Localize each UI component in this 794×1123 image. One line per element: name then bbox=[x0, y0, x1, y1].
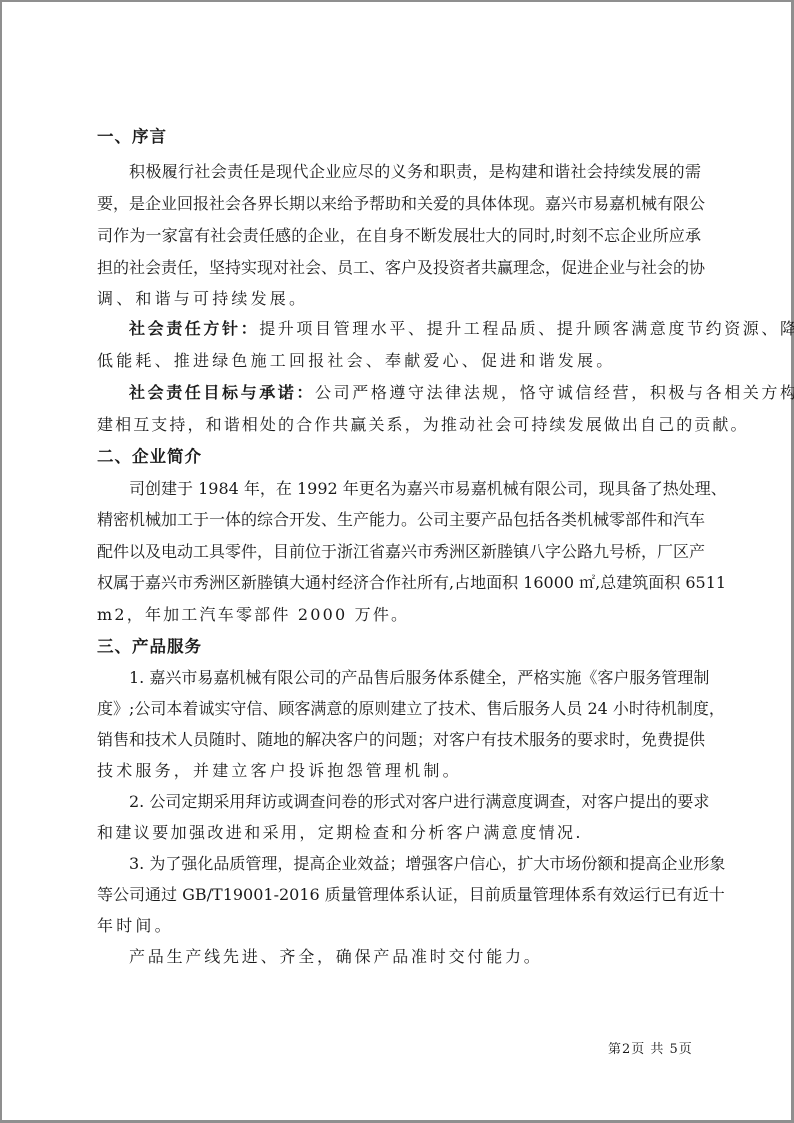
paragraph-line: 3. 为了强化品质管理，提高企业效益；增强客户信心，扩大市场份额和提高企业形象 bbox=[129, 849, 701, 879]
policy-lead: 社会责任方针： bbox=[129, 319, 259, 338]
page-number: 第2页 共 5页 bbox=[608, 1038, 693, 1057]
section-heading-preface: 一、序言 bbox=[97, 122, 701, 152]
paragraph-line: 等公司通过 GB/T19001-2016 质量管理体系认证，目前质量管理体系有效… bbox=[97, 880, 701, 910]
paragraph-line: 年时间。 bbox=[97, 911, 701, 941]
paragraph-line: 销售和技术人员随时、随地的解决客户的问题；对客户有技术服务的要求时，免费提供 bbox=[97, 725, 701, 755]
paragraph-line: 2. 公司定期采用拜访或调查问卷的形式对客户进行满意度调查，对客户提出的要求 bbox=[129, 787, 701, 817]
goal-lead: 社会责任目标与承诺： bbox=[129, 383, 315, 402]
paragraph-line: 配件以及电动工具零件，目前位于浙江省嘉兴市秀洲区新塍镇八字公路九号桥，厂区产 bbox=[97, 537, 701, 567]
policy-text: 提升项目管理水平、提升工程品质、提升顾客满意度节约资源、降 bbox=[259, 319, 794, 338]
paragraph-line: 1. 嘉兴市易嘉机械有限公司的产品售后服务体系健全，严格实施《客户服务管理制 bbox=[129, 663, 701, 693]
document-page: 一、序言 积极履行社会责任是现代企业应尽的义务和职责，是构建和谐社会持续发展的需… bbox=[0, 0, 794, 1123]
section-heading-service: 三、产品服务 bbox=[97, 632, 701, 662]
goal-text: 公司严格遵守法律法规，恪守诚信经营，积极与各相关方构 bbox=[315, 383, 794, 402]
paragraph-line: 和建议要加强改进和采用，定期检查和分析客户满意度情况. bbox=[97, 818, 701, 848]
paragraph-line: 度》;公司本着诚实守信、顾客满意的原则建立了技术、售后服务人员 24 小时待机制… bbox=[97, 694, 701, 724]
paragraph-line: 精密机械加工于一体的综合开发、生产能力。公司主要产品包括各类机械零部件和汽车 bbox=[97, 505, 701, 535]
paragraph-line: 要，是企业回报社会各界长期以来给予帮助和关爱的具体体现。嘉兴市易嘉机械有限公 bbox=[97, 189, 701, 219]
paragraph-line: 建相互支持，和谐相处的合作共赢关系，为推动社会可持续发展做出自己的贡献。 bbox=[97, 410, 701, 440]
paragraph-line: 担的社会责任，坚持实现对社会、员工、客户及投资者共赢理念，促进企业与社会的协 bbox=[97, 253, 701, 283]
paragraph-line: 权属于嘉兴市秀洲区新塍镇大通村经济合作社所有,占地面积 16000 ㎡,总建筑面… bbox=[97, 568, 701, 598]
paragraph-line: 司作为一家富有社会责任感的企业，在自身不断发展壮大的同时,时刻不忘企业所应承 bbox=[97, 221, 701, 251]
goal-line: 社会责任目标与承诺：公司严格遵守法律法规，恪守诚信经营，积极与各相关方构 bbox=[129, 378, 701, 408]
paragraph-line: 调、和谐与可持续发展。 bbox=[97, 284, 701, 314]
policy-line: 社会责任方针：提升项目管理水平、提升工程品质、提升顾客满意度节约资源、降 bbox=[129, 314, 701, 344]
closing-line: 产品生产线先进、齐全，确保产品准时交付能力。 bbox=[129, 942, 701, 972]
paragraph-line: m2，年加工汽车零部件 2000 万件。 bbox=[97, 600, 701, 630]
paragraph-line: 积极履行社会责任是现代企业应尽的义务和职责，是构建和谐社会持续发展的需 bbox=[129, 157, 701, 187]
section-heading-profile: 二、企业简介 bbox=[97, 442, 701, 472]
paragraph-line: 低能耗、推进绿色施工回报社会、奉献爱心、促进和谐发展。 bbox=[97, 346, 701, 376]
paragraph-line: 技术服务，并建立客户投诉抱怨管理机制。 bbox=[97, 756, 701, 786]
paragraph-line: 司创建于 1984 年，在 1992 年更名为嘉兴市易嘉机械有限公司，现具备了热… bbox=[129, 474, 701, 504]
